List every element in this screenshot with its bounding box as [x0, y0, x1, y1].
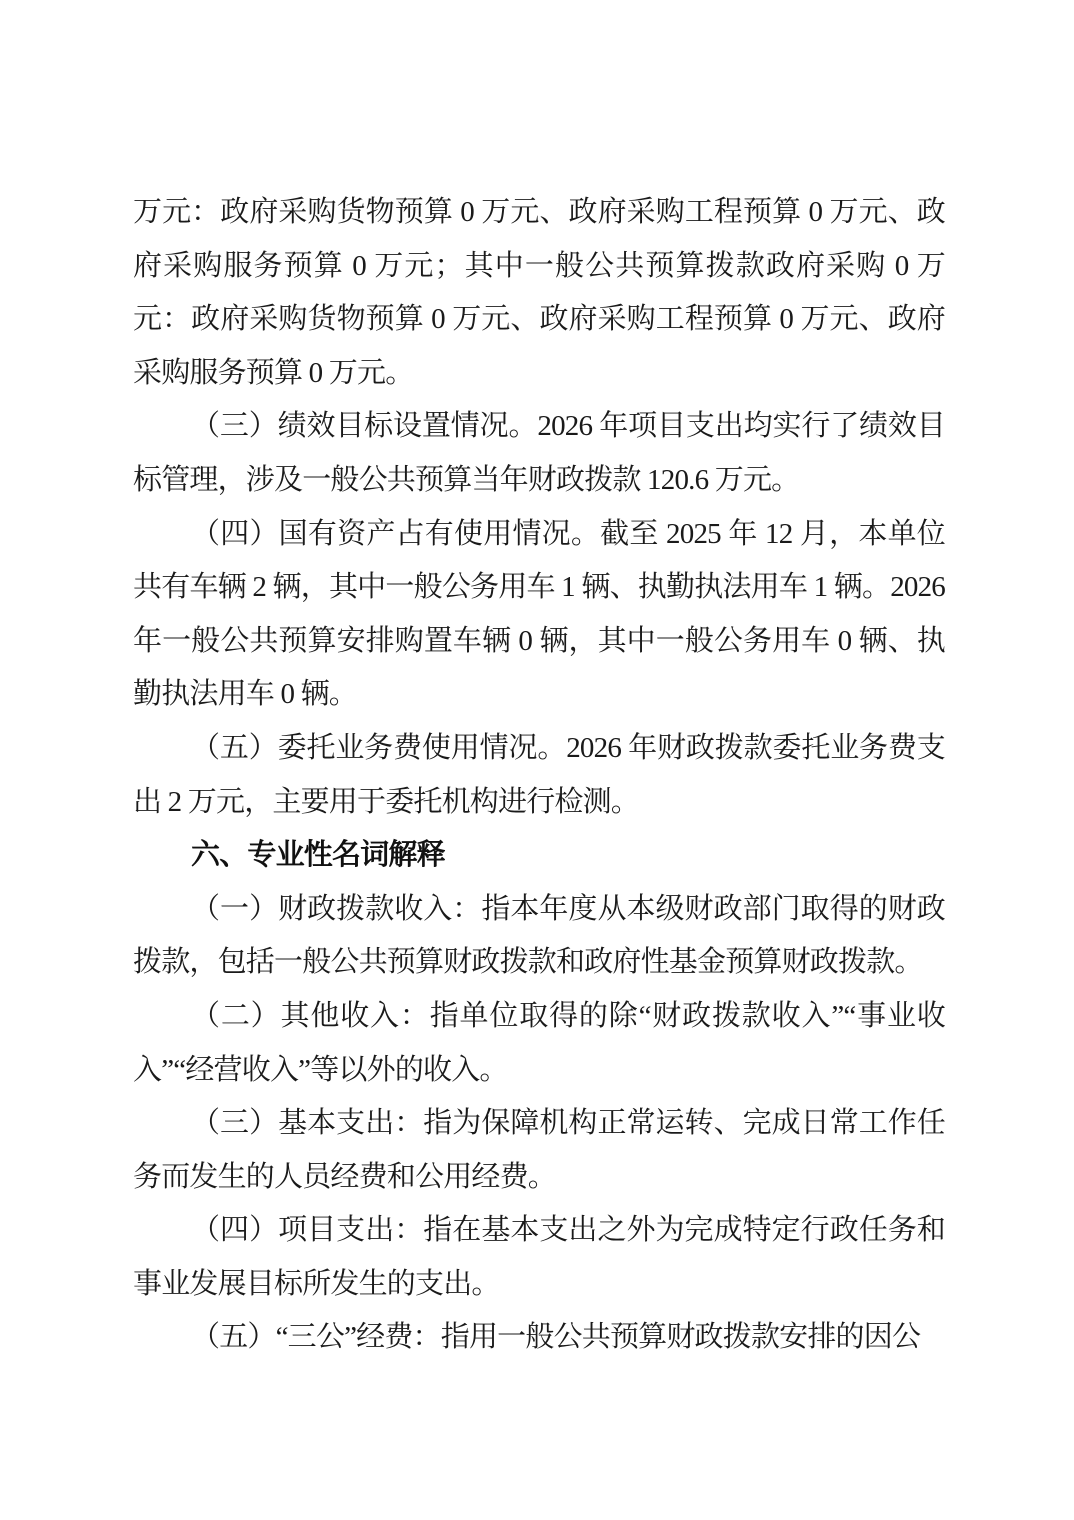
- paragraph-entrusted-service-fees: （五）委托业务费使用情况。2026 年财政拨款委托业务费支出 2 万元，主要用于…: [133, 722, 945, 829]
- document-page: 万元：政府采购货物预算 0 万元、政府采购工程预算 0 万元、政府采购服务预算 …: [0, 0, 1074, 1520]
- paragraph-performance-targets: （三）绩效目标设置情况。2026 年项目支出均实行了绩效目标管理，涉及一般公共预…: [133, 400, 945, 507]
- section-heading-glossary: 六、专业性名词解释: [133, 829, 945, 883]
- paragraph-def-basic-expenditure: （三）基本支出：指为保障机构正常运转、完成日常工作任务而发生的人员经费和公用经费…: [133, 1097, 945, 1204]
- paragraph-def-three-public-funds: （五）“三公”经费：指用一般公共预算财政拨款安排的因公: [133, 1311, 945, 1365]
- paragraph-state-assets-usage: （四）国有资产占有使用情况。截至 2025 年 12 月，本单位共有车辆 2 辆…: [133, 508, 945, 722]
- document-body: 万元：政府采购货物预算 0 万元、政府采购工程预算 0 万元、政府采购服务预算 …: [133, 186, 945, 1365]
- paragraph-gov-procurement-continued: 万元：政府采购货物预算 0 万元、政府采购工程预算 0 万元、政府采购服务预算 …: [133, 186, 945, 400]
- paragraph-def-project-expenditure: （四）项目支出：指在基本支出之外为完成特定行政任务和事业发展目标所发生的支出。: [133, 1204, 945, 1311]
- paragraph-def-other-income: （二）其他收入：指单位取得的除“财政拨款收入”“事业收入”“经营收入”等以外的收…: [133, 990, 945, 1097]
- paragraph-def-fiscal-appropriation-income: （一）财政拨款收入：指本年度从本级财政部门取得的财政拨款，包括一般公共预算财政拨…: [133, 883, 945, 990]
